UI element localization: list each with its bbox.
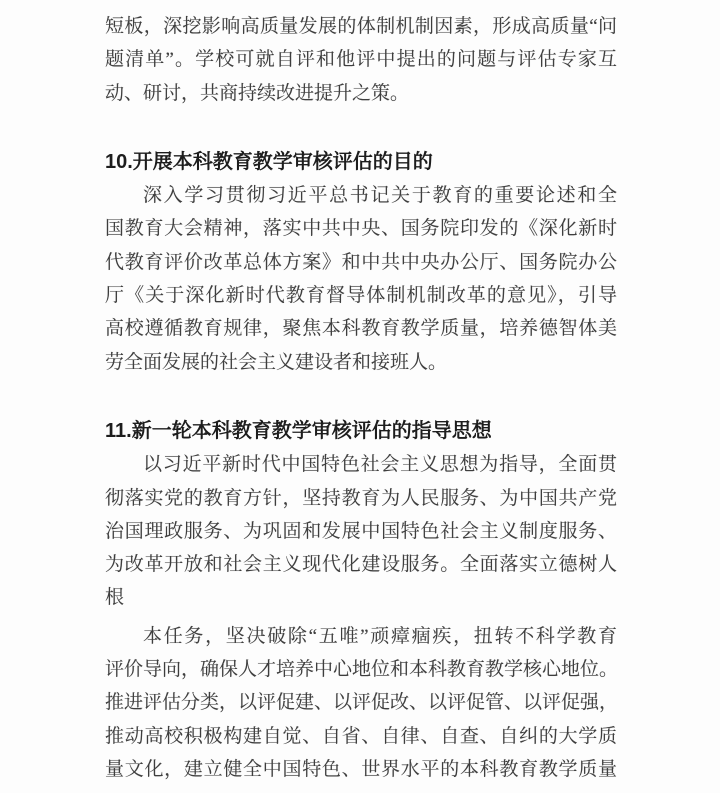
text-line: 高校遵循教育规律，聚焦本科教育教学质量，培养德智体美	[105, 312, 617, 345]
text-line: 厅《关于深化新时代教育督导体制机制改革的意见》，引导	[105, 279, 617, 312]
text-line: 为改革开放和社会主义现代化建设服务。全面落实立德树人	[105, 548, 617, 581]
text-line: 推动高校积极构建自觉、自省、自律、自查、自纠的大学质	[105, 720, 617, 753]
text-line: 评价导向，确保人才培养中心地位和本科教育教学核心地位。	[105, 653, 617, 686]
paragraph-10: 深入学习贯彻习近平总书记关于教育的重要论述和全国教育大会精神，落实中共中央、国务…	[105, 179, 617, 379]
text-line: 量文化，建立健全中国特色、世界水平的本科教育教学质量	[105, 753, 617, 786]
text-line: 本任务，坚决破除“五唯”顽瘴痼疾，扭转不科学教育	[105, 620, 617, 653]
document-page: 短板，深挖影响高质量发展的体制机制因素，形成高质量“问题清单”。学校可就自评和他…	[0, 0, 720, 793]
heading-10: 10.开展本科教育教学审核评估的目的	[105, 146, 617, 179]
document-content: 短板，深挖影响高质量发展的体制机制因素，形成高质量“问题清单”。学校可就自评和他…	[105, 10, 617, 786]
text-line: 推进评估分类，以评促建、以评促改、以评促管、以评促强，	[105, 686, 617, 719]
text-line: 短板，深挖影响高质量发展的体制机制因素，形成高质量“问	[105, 10, 617, 43]
text-line: 国教育大会精神，落实中共中央、国务院印发的《深化新时	[105, 212, 617, 245]
paragraph-11b: 本任务，坚决破除“五唯”顽瘴痼疾，扭转不科学教育评价导向，确保人才培养中心地位和…	[105, 620, 617, 786]
text-line: 以习近平新时代中国特色社会主义思想为指导，全面贯	[105, 448, 617, 481]
text-line: 题清单”。学校可就自评和他评中提出的问题与评估专家互	[105, 43, 617, 76]
text-line: 根	[105, 581, 617, 614]
text-line: 代教育评价改革总体方案》和中共中央办公厅、国务院办公	[105, 246, 617, 279]
text-line: 治国理政服务、为巩固和发展中国特色社会主义制度服务、	[105, 515, 617, 548]
text-line: 动、研讨，共商持续改进提升之策。	[105, 77, 617, 110]
text-line: 彻落实党的教育方针，坚持教育为人民服务、为中国共产党	[105, 482, 617, 515]
paragraph-11a: 以习近平新时代中国特色社会主义思想为指导，全面贯彻落实党的教育方针，坚持教育为人…	[105, 448, 617, 614]
continued-paragraph: 短板，深挖影响高质量发展的体制机制因素，形成高质量“问题清单”。学校可就自评和他…	[105, 10, 617, 110]
heading-11: 11.新一轮本科教育教学审核评估的指导思想	[105, 415, 617, 448]
text-line: 劳全面发展的社会主义建设者和接班人。	[105, 346, 617, 379]
text-line: 深入学习贯彻习近平总书记关于教育的重要论述和全	[105, 179, 617, 212]
